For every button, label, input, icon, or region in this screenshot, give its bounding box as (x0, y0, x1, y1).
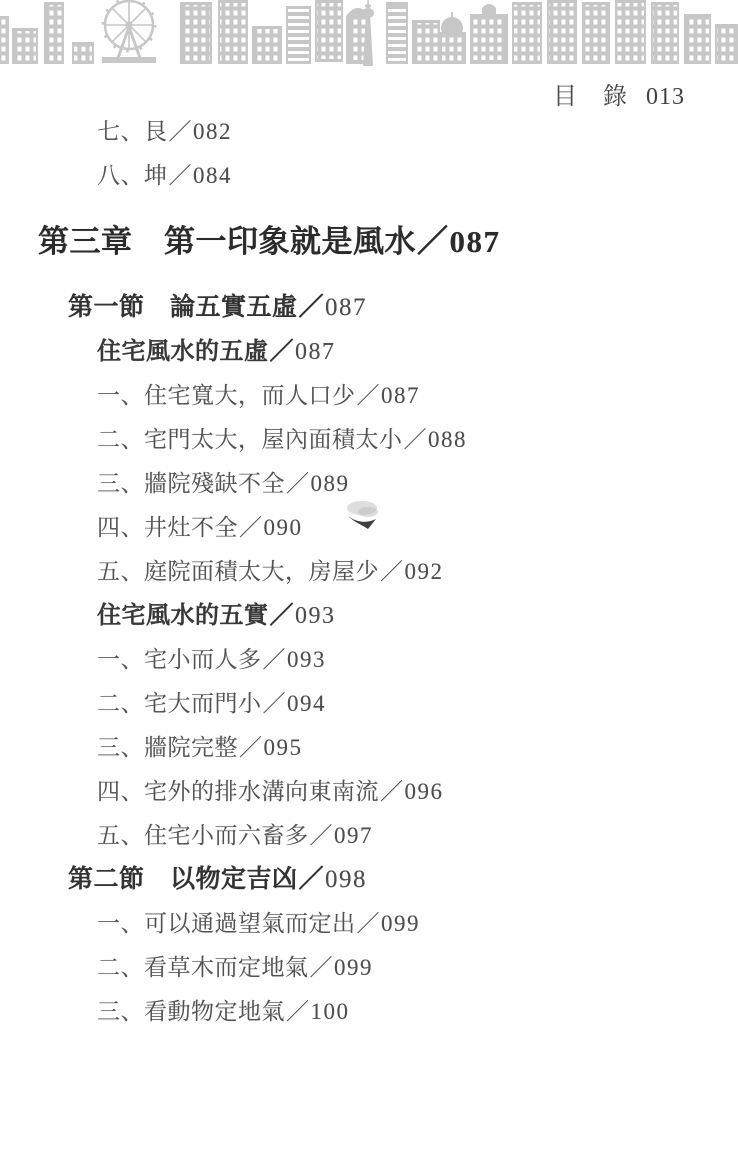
toc-separator: ／ (310, 823, 334, 848)
toc-entry-title: 三、看動物定地氣 (97, 999, 285, 1024)
toc-entry: 五、住宅小而六畜多／097 (0, 814, 738, 858)
toc-entry: 八、坤／084 (0, 154, 738, 198)
toc-page-ref: 099 (381, 911, 420, 936)
toc-entry-title: 二、宅大而門小 (97, 691, 262, 716)
toc-separator: ／ (357, 383, 381, 408)
toc-entry: 一、住宅寬大，而人口少／087 (0, 374, 738, 418)
toc-page-ref: 094 (287, 691, 326, 716)
toc-page-ref: 084 (193, 163, 232, 188)
toc-chapter-entry: 第三章 第一印象就是風水／087 (0, 218, 738, 266)
toc-entry: 二、宅大而門小／094 (0, 682, 738, 726)
toc-entry-title: 八、坤 (97, 163, 168, 188)
toc-entry-title: 七、艮 (97, 119, 168, 144)
toc-page-ref: 088 (428, 427, 467, 452)
toc-separator: ／ (239, 515, 263, 540)
toc-page-ref: 099 (334, 955, 373, 980)
toc-entry-title: 第二節 以物定吉凶 (68, 866, 298, 893)
toc-entry-title: 第一節 論五實五虛 (68, 294, 298, 321)
toc-entry-title: 一、可以通過望氣而定出 (97, 911, 356, 936)
toc-page-ref: 087 (325, 294, 367, 321)
toc-page-ref: 087 (381, 383, 420, 408)
toc-entry: 二、看草木而定地氣／099 (0, 946, 738, 990)
toc-entry-title: 三、牆院殘缺不全 (97, 471, 285, 496)
toc-entry: 三、看動物定地氣／100 (0, 990, 738, 1034)
toc-separator: ／ (299, 294, 325, 321)
toc-entry: 五、庭院面積太大，房屋少／092 (0, 550, 738, 594)
toc-entry-title: 四、井灶不全 (97, 515, 238, 540)
toc-page-ref: 097 (334, 823, 373, 848)
toc-separator: ／ (169, 163, 193, 188)
running-head: 目 錄013 (553, 76, 685, 111)
toc-section-entry: 第一節 論五實五虛／087 (0, 286, 738, 330)
toc-separator: ／ (380, 559, 404, 584)
toc-separator: ／ (286, 471, 310, 496)
city-skyline-illustration (0, 0, 738, 66)
toc-page-ref: 096 (405, 779, 444, 804)
toc-subheading-entry: 住宅風水的五實／093 (0, 594, 738, 638)
toc-separator: ／ (263, 647, 287, 672)
toc-separator: ／ (270, 339, 295, 365)
toc-separator: ／ (357, 911, 381, 936)
page-number: 013 (646, 84, 685, 110)
toc-entry-title: 住宅風水的五虛 (97, 339, 269, 365)
toc-entry-title: 三、牆院完整 (97, 735, 238, 760)
toc-entry: 七、艮／082 (0, 110, 738, 154)
toc-entry-title: 二、看草木而定地氣 (97, 955, 309, 980)
toc-title: 目 錄 (553, 84, 628, 110)
toc-page-ref: 093 (295, 603, 336, 629)
toc-separator: ／ (286, 999, 310, 1024)
toc-entry-title: 住宅風水的五實 (97, 603, 269, 629)
toc-separator: ／ (417, 224, 449, 259)
toc-entry: 一、可以通過望氣而定出／099 (0, 902, 738, 946)
dome-building-icon (440, 12, 466, 64)
toc-entry-title: 一、宅小而人多 (97, 647, 262, 672)
toc-entry-title: 二、宅門太大，屋內面積太小 (97, 427, 403, 452)
toc-separator: ／ (239, 735, 263, 760)
toc-page-ref: 098 (325, 866, 367, 893)
toc-page-ref: 082 (193, 119, 232, 144)
toc-page-ref: 095 (264, 735, 303, 760)
toc-page-ref: 100 (311, 999, 350, 1024)
toc-entry: 一、宅小而人多／093 (0, 638, 738, 682)
book-toc-page: 目 錄013 七、艮／082 八、坤／084 第三章 第一印象就是風水／087 … (0, 0, 738, 1151)
toc-separator: ／ (299, 866, 325, 893)
toc-page-ref: 087 (295, 339, 336, 365)
toc-page-ref: 093 (287, 647, 326, 672)
toc-separator: ／ (380, 779, 404, 804)
toc-separator: ／ (404, 427, 428, 452)
toc-entry: 四、宅外的排水溝向東南流／096 (0, 770, 738, 814)
toc-subheading-entry: 住宅風水的五虛／087 (0, 330, 738, 374)
toc-separator: ／ (169, 119, 193, 144)
toc-separator: ／ (310, 955, 334, 980)
toc-page-ref: 087 (450, 224, 501, 259)
building-silhouettes (0, 0, 738, 66)
toc-list: 七、艮／082 八、坤／084 第三章 第一印象就是風水／087 第一節 論五實… (0, 110, 738, 1034)
toc-page-ref: 092 (405, 559, 444, 584)
toc-entry-title: 四、宅外的排水溝向東南流 (97, 779, 379, 804)
toc-entry: 三、牆院完整／095 (0, 726, 738, 770)
toc-page-ref: 089 (311, 471, 350, 496)
ink-smudge (340, 496, 390, 540)
toc-entry-title: 五、住宅小而六畜多 (97, 823, 309, 848)
ferris-wheel-icon (102, 0, 156, 63)
toc-entry-title: 一、住宅寬大，而人口少 (97, 383, 356, 408)
toc-separator: ／ (263, 691, 287, 716)
toc-entry: 二、宅門太大，屋內面積太小／088 (0, 418, 738, 462)
toc-entry-title: 五、庭院面積太大，房屋少 (97, 559, 379, 584)
toc-entry-title: 第三章 第一印象就是風水 (38, 224, 416, 259)
toc-separator: ／ (270, 603, 295, 629)
church-building-icon (470, 4, 508, 64)
toc-page-ref: 090 (264, 515, 303, 540)
toc-section-entry: 第二節 以物定吉凶／098 (0, 858, 738, 902)
